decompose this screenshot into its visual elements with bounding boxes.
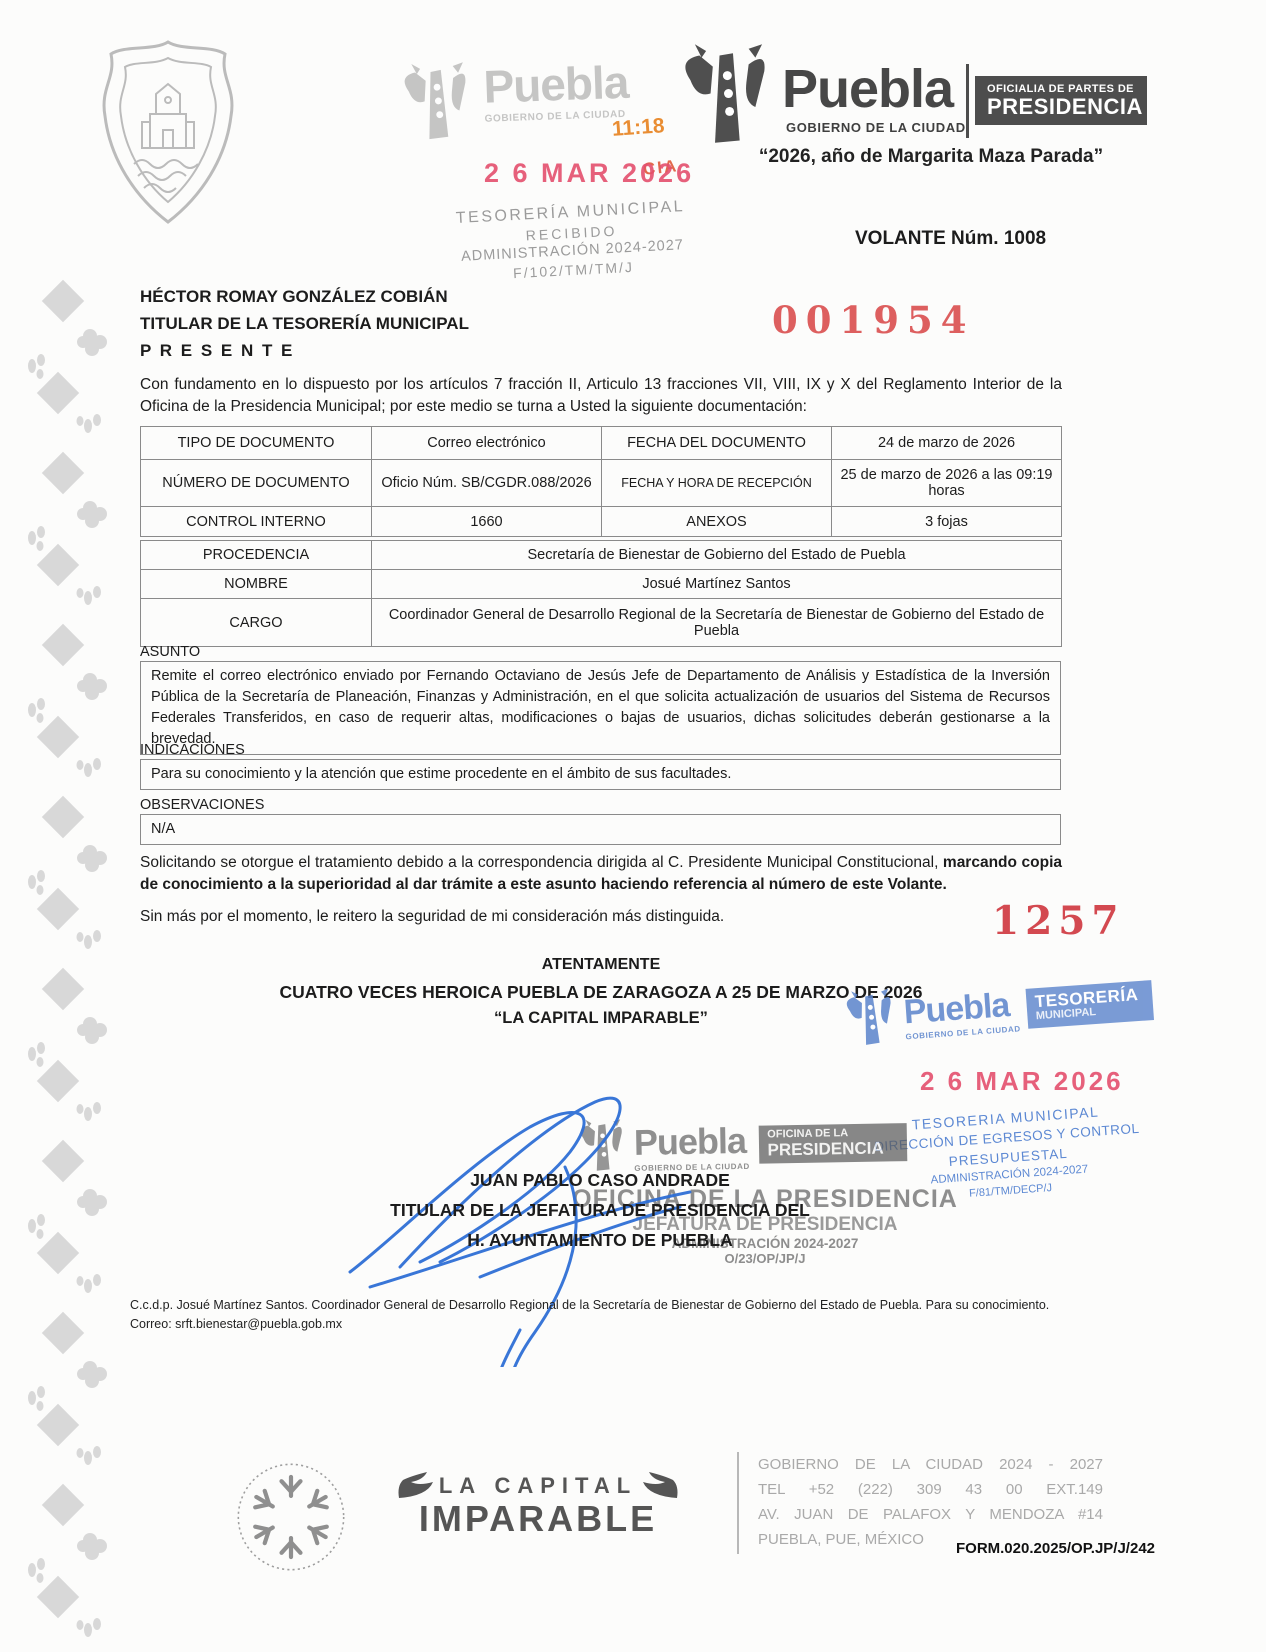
reception-value: 25 de marzo de 2026 a las 09:19 horas — [832, 460, 1062, 507]
office-box-line2: PRESIDENCIA — [987, 95, 1137, 119]
puebla-mark-icon-blue — [836, 987, 902, 1053]
procedencia-label: PROCEDENCIA — [141, 541, 372, 570]
signer-name: JUAN PABLO CASO ANDRADE — [290, 1165, 910, 1195]
contact-line1: GOBIERNO DE LA CIUDAD 2024 - 2027 — [758, 1452, 1103, 1477]
table-row: NOMBRE Josué Martínez Santos — [141, 570, 1062, 599]
footer-contact-block: GOBIERNO DE LA CIUDAD 2024 - 2027 TEL +5… — [758, 1452, 1103, 1552]
ccdp-line2: Correo: srft.bienestar@puebla.gob.mx — [130, 1315, 1065, 1334]
wing-icon-left — [397, 1472, 433, 1500]
origin-info-table: PROCEDENCIA Secretaría de Bienestar de G… — [140, 540, 1062, 647]
doc-date-label: FECHA DEL DOCUMENTO — [602, 427, 832, 460]
table-row: CARGO Coordinador General de Desarrollo … — [141, 599, 1062, 647]
table-row: NÚMERO DE DOCUMENTO Oficio Núm. SB/CGDR.… — [141, 460, 1062, 507]
nombre-label: NOMBRE — [141, 570, 372, 599]
office-of-parts-box: OFICIALIA DE PARTES DE PRESIDENCIA — [975, 76, 1147, 125]
volante-number: VOLANTE Núm. 1008 — [855, 228, 1046, 250]
gray-stamp-box: OFICINA DE LA PRESIDENCIA — [759, 1123, 908, 1163]
anexos-value: 3 fojas — [832, 507, 1062, 537]
internal-control-label: CONTROL INTERNO — [141, 507, 372, 537]
faded-stamp-wordmark: Puebla — [483, 55, 630, 114]
ccdp-line1: C.c.d.p. Josué Martínez Santos. Coordina… — [130, 1296, 1065, 1315]
doc-type-value: Correo electrónico — [372, 427, 602, 460]
observaciones-box: N/A — [140, 814, 1061, 845]
folio-number-stamp: 001954 — [772, 298, 974, 342]
form-code: FORM.020.2025/OP.JP/J/242 — [905, 1540, 1155, 1557]
stamp-time-annotation: 11:18 — [611, 114, 665, 142]
contact-line3: AV. JUAN DE PALAFOX Y MENDOZA #14 — [758, 1502, 1103, 1527]
cargo-value: Coordinador General de Desarrollo Region… — [372, 599, 1062, 647]
norma-mexicana-logo — [232, 1458, 350, 1576]
asunto-label: ASUNTO — [140, 644, 200, 660]
table-row: PROCEDENCIA Secretaría de Bienestar de G… — [141, 541, 1062, 570]
signer-title-line1: TITULAR DE LA JEFATURA DE PRESIDENCIA DE… — [290, 1195, 910, 1225]
tesoreria-received-stamp: TESORERÍA MUNICIPAL RECIBIDO ADMINISTRAC… — [420, 195, 724, 287]
contact-line2: TEL +52 (222) 309 43 00 EXT.149 — [758, 1477, 1103, 1502]
request-paragraph: Solicitando se otorgue el tratamiento de… — [140, 852, 1062, 895]
signer-block: JUAN PABLO CASO ANDRADE TITULAR DE LA JE… — [290, 1165, 910, 1255]
blue-stamp-box: TESORERÍA MUNICIPAL — [1026, 980, 1154, 1028]
wing-icon-right — [643, 1472, 679, 1500]
observaciones-label: OBSERVACIONES — [140, 797, 264, 813]
header-divider — [966, 64, 969, 138]
table-row: TIPO DE DOCUMENTO Correo electrónico FEC… — [141, 427, 1062, 460]
atentamente-line: ATENTAMENTE — [140, 956, 1062, 974]
doc-number-value: Oficio Núm. SB/CGDR.088/2026 — [372, 460, 602, 507]
anexos-label: ANEXOS — [602, 507, 832, 537]
control-number-stamp: 1257 — [992, 898, 1125, 944]
header-wordmark: Puebla — [782, 58, 953, 120]
ccdp-block: C.c.d.p. Josué Martínez Santos. Coordina… — [130, 1296, 1065, 1334]
capital-line1: LA CAPITAL — [439, 1473, 637, 1499]
addressee-name: HÉCTOR ROMAY GONZÁLEZ COBIÁN — [140, 283, 469, 310]
table-row: CONTROL INTERNO 1660 ANEXOS 3 fojas — [141, 507, 1062, 537]
intro-paragraph: Con fundamento en lo dispuesto por los a… — [140, 374, 1062, 417]
puebla-coat-of-arms — [92, 36, 244, 230]
year-motto: “2026, año de Margarita Maza Parada” — [742, 146, 1120, 168]
capital-imparable-logo: LA CAPITAL IMPARABLE — [388, 1472, 688, 1540]
gray-box-line2: PRESIDENCIA — [767, 1139, 899, 1159]
addressee-present: P R E S E N T E — [140, 337, 469, 364]
procedencia-value: Secretaría de Bienestar de Gobierno del … — [372, 541, 1062, 570]
doc-number-label: NÚMERO DE DOCUMENTO — [141, 460, 372, 507]
internal-control-value: 1660 — [372, 507, 602, 537]
addressee-block: HÉCTOR ROMAY GONZÁLEZ COBIÁN TITULAR DE … — [140, 283, 469, 364]
indicaciones-label: INDICACIONES — [140, 742, 245, 758]
doc-type-label: TIPO DE DOCUMENTO — [141, 427, 372, 460]
received-date-stamp-top: 2 6 MAR 2026 — [484, 158, 694, 189]
footer-divider — [737, 1452, 739, 1554]
reception-label: FECHA Y HORA DE RECEPCIÓN — [602, 460, 832, 507]
puebla-header-mark-icon — [668, 42, 780, 154]
document-info-table: TIPO DE DOCUMENTO Correo electrónico FEC… — [140, 426, 1062, 537]
indicaciones-box: Para su conocimiento y la atención que e… — [140, 759, 1061, 790]
nombre-value: Josué Martínez Santos — [372, 570, 1062, 599]
received-date-stamp-bottom: 2 6 MAR 2026 — [920, 1066, 1124, 1097]
signer-title-line2: H. AYUNTAMIENTO DE PUEBLA — [290, 1225, 910, 1255]
scanned-document-page: Puebla GOBIERNO DE LA CIUDAD 11:18 CIA 2… — [0, 0, 1266, 1652]
capital-line2: IMPARABLE — [388, 1498, 688, 1540]
cargo-label: CARGO — [141, 599, 372, 647]
farewell-line: Sin más por el momento, le reitero la se… — [140, 906, 1062, 928]
talavera-border-pattern — [18, 278, 118, 1652]
header-wordmark-sub: GOBIERNO DE LA CIUDAD — [786, 120, 966, 135]
addressee-title: TITULAR DE LA TESORERÍA MUNICIPAL — [140, 310, 469, 337]
asunto-box: Remite el correo electrónico enviado por… — [140, 661, 1061, 755]
doc-date-value: 24 de marzo de 2026 — [832, 427, 1062, 460]
request-paragraph-normal: Solicitando se otorgue el tratamiento de… — [140, 854, 943, 871]
puebla-mark-icon — [391, 60, 480, 149]
